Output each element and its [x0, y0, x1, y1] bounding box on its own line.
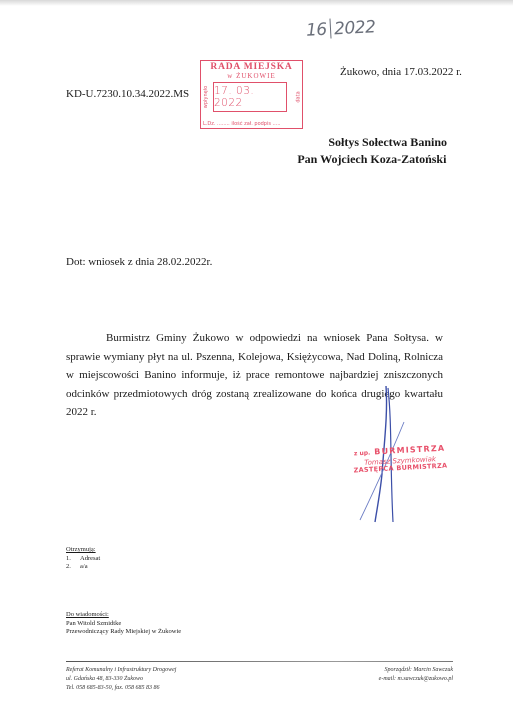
recipient-line-2: Pan Wojciech Koza-Zatoński — [297, 151, 447, 168]
cc-line-2: Przewodniczący Rady Miejskiej w Żukowie — [66, 628, 181, 637]
list-item: 1.Adresat — [66, 555, 100, 564]
recipient-block: Sołtys Sołectwa Banino Pan Wojciech Koza… — [297, 134, 447, 168]
receipt-stamp-title: RADA MIEJSKA — [201, 62, 302, 72]
handwritten-registry-number: 162022 — [305, 16, 375, 41]
footer-office-address: ul. Gdańska 48, 83-330 Żukowo — [66, 675, 176, 684]
receipt-stamp-date-box: 17. 03. 2022 — [213, 82, 287, 112]
registry-number-left: 16 — [306, 20, 328, 41]
list-item-label: Adresat — [80, 555, 100, 562]
footer-office-name: Referat Komunalny i Infrastruktury Drogo… — [66, 666, 176, 675]
receipt-stamp: RADA MIEJSKA w ŻUKOWIE wpłynęło 17. 03. … — [200, 60, 303, 129]
subject-line: Dot: wniosek z dnia 28.02.2022r. — [66, 256, 212, 268]
footer-office-info: Referat Komunalny i Infrastruktury Drogo… — [66, 666, 176, 693]
signature-stamp: z up. BURMISTRZA Tomasz Szymkowiak ZASTĘ… — [339, 443, 460, 475]
receipt-stamp-side-left: wpłynęło — [203, 86, 209, 108]
list-item-number: 1. — [66, 555, 80, 564]
reference-number: KD-U.7230.10.34.2022.MS — [66, 88, 189, 100]
place-and-date: Żukowo, dnia 17.03.2022 r. — [340, 66, 462, 78]
cc-heading: Do wiadomości: — [66, 611, 181, 620]
footer-author-info: Sporządził: Marcin Sawczuk e-mail: m.saw… — [379, 666, 453, 684]
footer-office-phone: Tel. 058 685-83-50, fax. 058 685 83 86 — [66, 684, 176, 693]
receipt-stamp-date: 17. 03. 2022 — [214, 85, 286, 109]
cc-line-1: Pan Witold Szmidtke — [66, 620, 181, 629]
receipt-stamp-side-right: data — [295, 91, 301, 102]
registry-number-divider — [329, 19, 332, 39]
recipients-heading: Otrzymują: — [66, 546, 100, 555]
footer-email: e-mail: m.sawczuk@zukowo.pl — [379, 675, 453, 684]
recipient-line-1: Sołtys Sołectwa Banino — [297, 134, 447, 151]
signature-stamp-prefix: z up. — [354, 450, 371, 458]
list-item-label: a/a — [80, 563, 88, 570]
receipt-stamp-footer: L.Dz. ........ ilość zał. podpis ..... — [203, 121, 300, 127]
receipt-stamp-subtitle: w ŻUKOWIE — [201, 72, 302, 80]
cc-block: Do wiadomości: Pan Witold Szmidtke Przew… — [66, 611, 181, 637]
footer-prepared-by: Sporządził: Marcin Sawczuk — [379, 666, 453, 675]
footer-divider — [66, 661, 453, 662]
scan-edge-shadow — [0, 0, 513, 6]
registry-number-right: 2022 — [334, 17, 376, 39]
list-item: 2.a/a — [66, 563, 100, 572]
list-item-number: 2. — [66, 563, 80, 572]
recipients-list: Otrzymują: 1.Adresat 2.a/a — [66, 546, 100, 572]
